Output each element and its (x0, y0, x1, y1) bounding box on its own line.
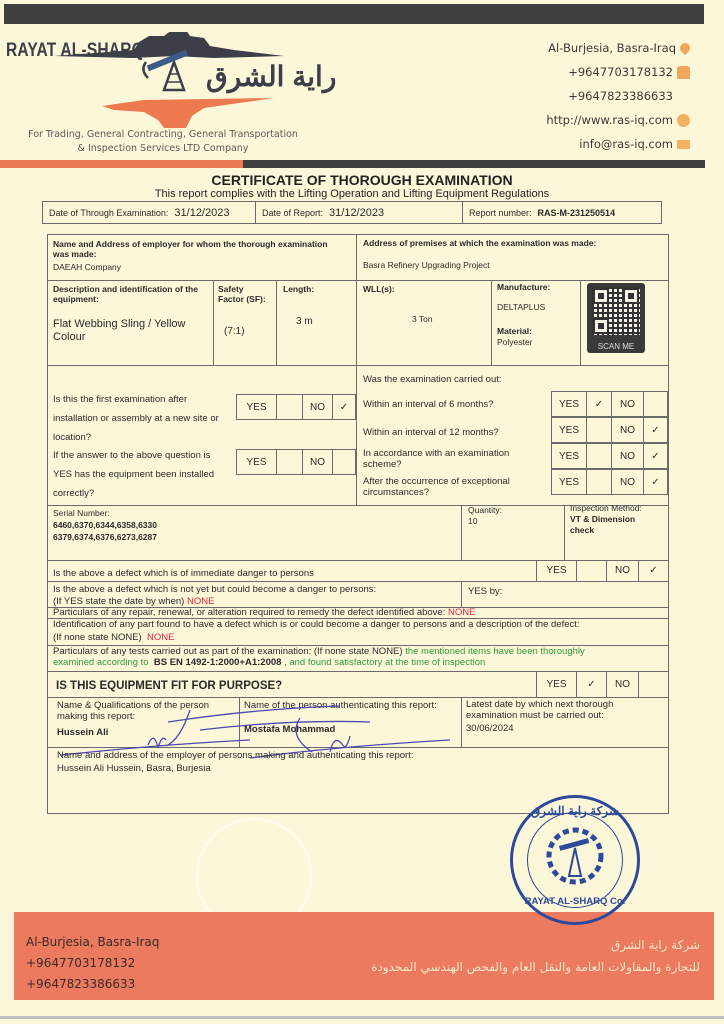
exceptional-no-checkbox[interactable]: ✓ (644, 470, 667, 494)
future-danger-value: NONE (187, 596, 214, 607)
contact-email-link[interactable]: info@ras-iq.com (546, 132, 690, 156)
fit-for-purpose-question: IS THIS EQUIPMENT FIT FOR PURPOSE? (56, 680, 282, 692)
repair-value: NONE (448, 607, 475, 618)
installed-correctly-question: If the answer to the above question is Y… (53, 446, 231, 503)
footer-contacts: Al-Burjesia, Basra-Iraq +9647703178132 +… (26, 932, 159, 995)
first-exam-no-checkbox[interactable]: ✓ (333, 395, 355, 419)
mail-icon (677, 140, 690, 149)
immediate-danger-question: Is the above a defect which is of immedi… (53, 568, 314, 579)
material-label: Material: (497, 326, 532, 336)
next-exam-date: 30/06/2024 (466, 723, 514, 734)
interval-6-yes-checkbox[interactable]: ✓ (587, 392, 612, 416)
yes-by-label: YES by: (468, 586, 502, 597)
header-top-bar (4, 4, 704, 24)
immediate-danger-yes-no: YES NO ✓ (536, 560, 669, 581)
logo-text-arabic: راية الشرق (206, 60, 336, 93)
certificate-subtitle: This report complies with the Lifting Op… (0, 188, 704, 200)
inspection-method-value: VT & Dimension check (570, 514, 660, 536)
company-tagline: For Trading, General Contracting, Genera… (18, 128, 308, 156)
exam-scheme-no-checkbox[interactable]: ✓ (644, 444, 667, 468)
repair-particulars: Particulars of any repair, renewal, or a… (53, 607, 475, 618)
wll-value: 3 Ton (412, 314, 433, 325)
interval-12-question: Within an interval of 12 months? (363, 427, 499, 438)
first-exam-question: Is this the first examination after inst… (53, 390, 231, 447)
fit-yes-checkbox[interactable]: ✓ (577, 671, 607, 697)
contact-list: Al-Burjesia, Basra-Iraq +9647703178132 +… (546, 36, 690, 156)
description-label: Description and identification of the eq… (53, 284, 208, 304)
first-exam-yes-checkbox[interactable] (277, 395, 303, 419)
interval-6-yes-no: YES ✓ NO (551, 391, 668, 417)
immediate-danger-yes-checkbox[interactable] (577, 560, 607, 581)
manufacture-value: DELTAPLUS (497, 302, 545, 313)
report-date-cell: Date of Report:31/12/2023 (256, 202, 463, 223)
test-standard: BS EN 1492-1:2000+A1:2008 (154, 657, 282, 668)
date-row: Date of Through Examination:31/12/2023 D… (42, 201, 662, 224)
installed-correctly-yes-checkbox[interactable] (277, 450, 303, 474)
defect-part-note: (If none state NONE) NONE (53, 632, 174, 643)
installed-correctly-no-checkbox[interactable] (333, 450, 355, 474)
employer-label: Name and Address of employer for whom th… (53, 239, 343, 259)
report-number: RAS-M-231250514 (538, 208, 616, 218)
length-value: 3 m (296, 316, 313, 327)
safety-factor-label: Safety Factor (SF): (218, 284, 268, 304)
defect-part-question: Identification of any part found to have… (53, 619, 580, 630)
interval-12-no-checkbox[interactable]: ✓ (644, 418, 667, 442)
quantity-label: Quantity: (468, 505, 502, 516)
scan-me-label: SCAN ME (587, 342, 645, 351)
qr-code[interactable]: SCAN ME (587, 283, 645, 353)
contact-website-link[interactable]: http://www.ras-iq.com (546, 108, 690, 132)
wll-label: WLL(s): (363, 284, 395, 294)
exam-scheme-yes-checkbox[interactable] (587, 444, 612, 468)
report-date: 31/12/2023 (329, 207, 384, 219)
tagline-line-1: For Trading, General Contracting, Genera… (18, 128, 308, 142)
exam-date: 31/12/2023 (174, 207, 229, 219)
certificate-title: CERTIFICATE OF THOROUGH EXAMINATION (0, 172, 724, 188)
contact-phone-1[interactable]: +9647703178132 (546, 60, 690, 84)
serial-numbers-line-1: 6460,6370,6344,6358,6330 (53, 520, 157, 531)
header-divider-dark (243, 160, 705, 168)
stamp-arabic-text: شركة راية الشرق (510, 804, 640, 818)
stamp-derrick-icon (543, 824, 607, 888)
serial-label: Serial Number: (53, 508, 110, 519)
logo-text-english: RAYAT AL-SHARQ (6, 40, 144, 62)
interval-6-question: Within an interval of 6 months? (363, 399, 493, 410)
inspection-method-label: Inspection Method: (570, 503, 642, 514)
exceptional-question: After the occurrence of exceptional circ… (363, 476, 543, 498)
quantity-value: 10 (468, 516, 477, 527)
interval-12-yes-no: YES NO ✓ (551, 417, 668, 443)
footer-arabic-company: شركة راية الشرق للتجارة والمقاولات العام… (371, 934, 700, 978)
immediate-danger-no-checkbox[interactable]: ✓ (639, 560, 668, 581)
serial-numbers-line-2: 6379,6374,6376,6273,6287 (53, 532, 157, 543)
report-number-cell: Report number:RAS-M-231250514 (463, 202, 661, 223)
premises-address: Basra Refinery Upgrading Project (363, 260, 490, 271)
exceptional-yes-no: YES NO ✓ (551, 469, 668, 495)
defect-part-value: NONE (147, 632, 174, 643)
exam-date-cell: Date of Through Examination:31/12/2023 (43, 202, 256, 223)
contact-address: Al-Burjesia, Basra-Iraq (546, 36, 690, 60)
future-danger-question: Is the above a defect which is not yet b… (53, 584, 376, 595)
exam-scheme-question: In accordance with an examination scheme… (363, 448, 538, 470)
phone-icon (677, 66, 690, 79)
globe-icon (677, 114, 690, 127)
material-value: Polyester (497, 337, 532, 348)
tagline-line-2: & Inspection Services LTD Company (18, 142, 308, 156)
qr-code-icon (592, 287, 640, 335)
equipment-description: Flat Webbing Sling / Yellow Colour (53, 318, 213, 344)
employer-name: DAEAH Company (53, 262, 121, 273)
manufacture-label: Manufacture: (497, 282, 550, 292)
header-divider-orange (0, 160, 243, 168)
first-exam-yes-no: YES NO ✓ (236, 394, 356, 420)
exam-scheme-yes-no: YES NO ✓ (551, 443, 668, 469)
future-danger-note: (If YES state the date by when) NONE (53, 596, 214, 607)
carried-out-heading: Was the examination carried out: (363, 374, 502, 385)
interval-12-yes-checkbox[interactable] (587, 418, 612, 442)
page-bottom-edge (0, 1016, 724, 1019)
tests-particulars: Particulars of any tests carried out as … (53, 646, 663, 668)
next-exam-label: Latest date by which next thorough exami… (466, 699, 656, 721)
premises-label: Address of premises at which the examina… (363, 238, 663, 248)
installed-correctly-yes-no: YES NO (236, 449, 356, 475)
stamp-english-text: RAYAT AL-SHARQ Co. (510, 896, 640, 907)
fit-no-checkbox[interactable] (639, 671, 668, 697)
interval-6-no-checkbox[interactable] (644, 392, 667, 416)
safety-factor-value: (7:1) (224, 326, 245, 337)
length-label: Length: (283, 284, 314, 294)
persons-employer-label: Name and address of the employer of pers… (57, 750, 413, 761)
fit-for-purpose-yes-no: YES ✓ NO (536, 671, 669, 697)
contact-phone-2[interactable]: +9647823386633 (546, 84, 690, 108)
company-stamp: شركة راية الشرق RAYAT AL-SHARQ Co. (510, 795, 640, 925)
persons-employer-value: Hussein Ali Hussein, Basra, Burjesia (57, 763, 211, 774)
exceptional-yes-checkbox[interactable] (587, 470, 612, 494)
location-pin-icon (678, 41, 692, 55)
